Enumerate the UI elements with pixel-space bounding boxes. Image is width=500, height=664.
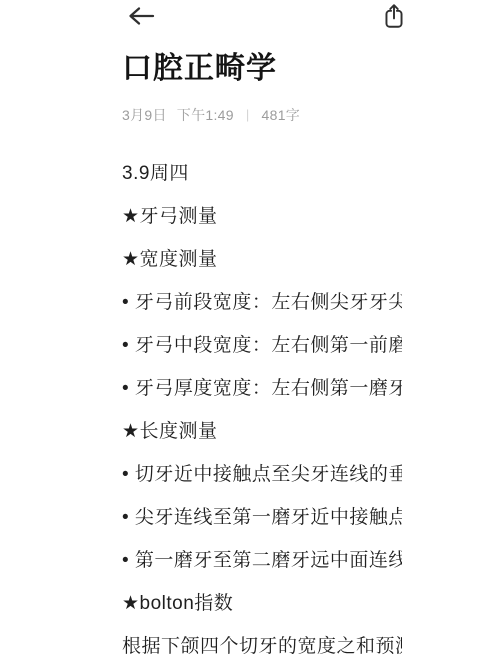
note-body[interactable]: 3.9周四 ★牙弓测量 ★宽度测量 • 牙弓前段宽度：左右侧尖牙牙尖 • 牙弓中… [122,150,402,664]
note-date: 3月9日 [122,106,167,124]
share-icon [381,2,407,30]
back-arrow-icon [126,4,156,28]
note-line: • 切牙近中接触点至尖牙连线的垂 [122,451,402,494]
note-line: ★宽度测量 [122,236,402,279]
note-line: • 第一磨牙至第二磨牙远中面连线 [122,537,402,580]
note-line: • 牙弓中段宽度：左右侧第一前磨 [122,322,402,365]
share-button[interactable] [377,0,411,32]
note-title: 口腔正畸学 [122,49,402,89]
back-button[interactable] [122,2,160,30]
note-time: 下午1:49 [177,106,234,124]
note-meta: 3月9日 下午1:49 | 481字 [122,106,300,124]
note-line: 根据下颌四个切牙的宽度之和预测 [122,623,402,664]
note-line: • 牙弓厚度宽度：左右侧第一磨牙 [122,365,402,408]
note-line: ★bolton指数 [122,580,402,623]
meta-divider: | [246,106,250,124]
note-line: ★牙弓测量 [122,193,402,236]
word-count: 481字 [262,106,301,124]
note-viewer-screen: 口腔正畸学 3月9日 下午1:49 | 481字 3.9周四 ★牙弓测量 ★宽度… [0,0,500,664]
note-line: ★长度测量 [122,408,402,451]
note-line: • 尖牙连线至第一磨牙近中接触点 [122,494,402,537]
note-line: • 牙弓前段宽度：左右侧尖牙牙尖 [122,279,402,322]
note-line: 3.9周四 [122,150,402,193]
